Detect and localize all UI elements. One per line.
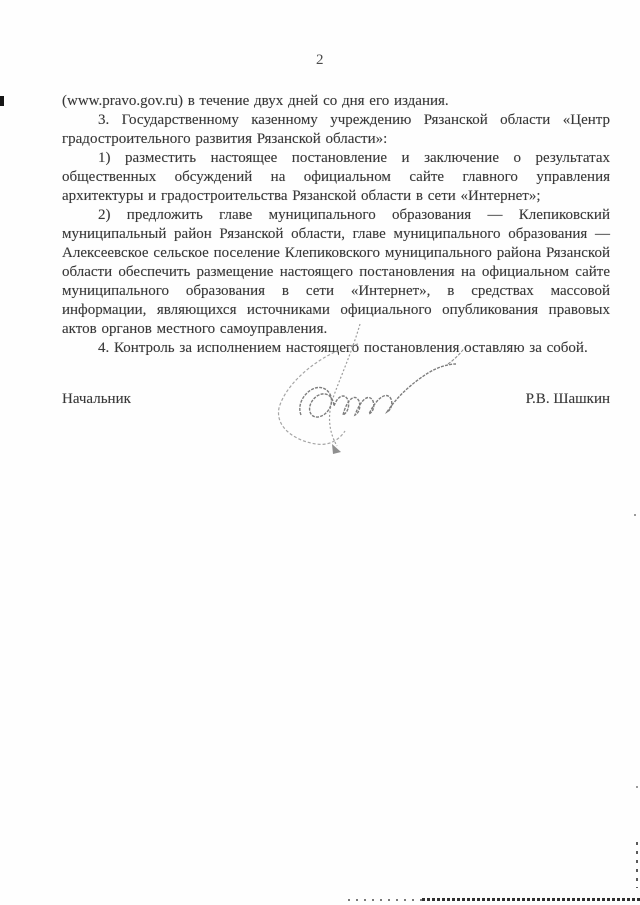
paragraph-continuation: (www.pravo.gov.ru) в течение двух дней с… — [62, 92, 610, 111]
signature-block: Начальник Р.В. Шашкин — [62, 391, 610, 408]
scan-artifact-left-edge-mark — [0, 96, 4, 106]
scanned-document-page: 2 (www.pravo.gov.ru) в течение двух дней… — [0, 0, 640, 905]
document-body: (www.pravo.gov.ru) в течение двух дней с… — [62, 92, 610, 358]
handwritten-signature-icon — [268, 320, 468, 460]
scan-artifact-right-edge-dots — [636, 842, 638, 888]
scan-artifact-bottom-dotted-line-dark — [422, 898, 640, 901]
scan-artifact-speck — [634, 514, 636, 516]
paragraph-subitem-1: 1) разместить настоящее постановление и … — [62, 149, 610, 206]
scan-artifact-speck — [636, 786, 638, 788]
paragraph-item-3: 3. Государственному казенному учреждению… — [62, 111, 610, 149]
signatory-name: Р.В. Шашкин — [526, 391, 610, 408]
signatory-title: Начальник — [62, 391, 131, 408]
page-number: 2 — [0, 52, 640, 69]
scan-artifact-bottom-dotted-line-light — [348, 899, 422, 901]
